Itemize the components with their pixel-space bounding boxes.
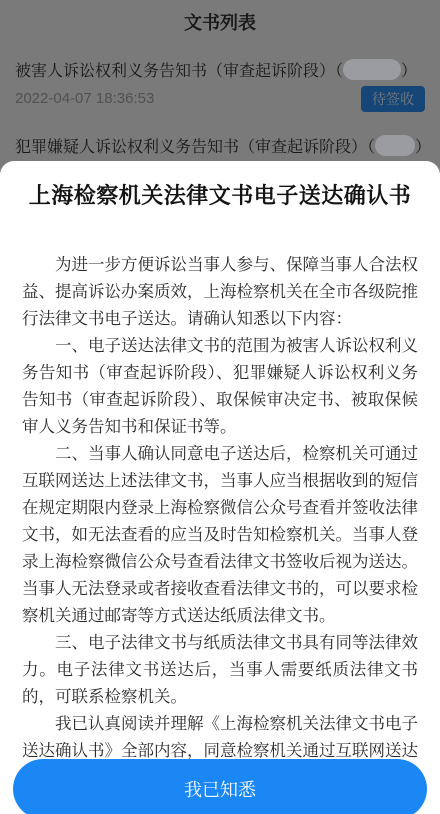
- app-screen: 文书列表 被害人诉讼权利义务告知书（审查起诉阶段）（） 2022-04-07 1…: [0, 0, 440, 814]
- paragraph-intro: 为进一步方便诉讼当事人参与、保障当事人合法权益、提高诉讼办案质效，上海检察机关在…: [22, 252, 418, 333]
- redaction-blob: [343, 59, 401, 80]
- paragraph-item-3: 三、电子法律文书与纸质法律文书具有同等法律效力。电子法律文书送达后，当事人需要纸…: [22, 630, 418, 711]
- paragraph-item-1: 一、电子送达法律文书的范围为被害人诉讼权利义务告知书（审查起诉阶段）、犯罪嫌疑人…: [22, 333, 418, 441]
- modal-body-text: 为进一步方便诉讼当事人参与、保障当事人合法权益、提高诉讼办案质效，上海检察机关在…: [0, 252, 440, 792]
- paragraph-item-2: 二、当事人确认同意电子送达后，检察机关可通过互联网送达上述法律文书，当事人应当根…: [22, 441, 418, 630]
- redaction-blob: [375, 135, 415, 156]
- modal-title: 上海检察机关法律文书电子送达确认书: [0, 181, 440, 211]
- acknowledge-button[interactable]: 我已知悉: [13, 759, 427, 814]
- e-delivery-confirmation-modal: 上海检察机关法律文书电子送达确认书 为进一步方便诉讼当事人参与、保障当事人合法权…: [0, 161, 440, 814]
